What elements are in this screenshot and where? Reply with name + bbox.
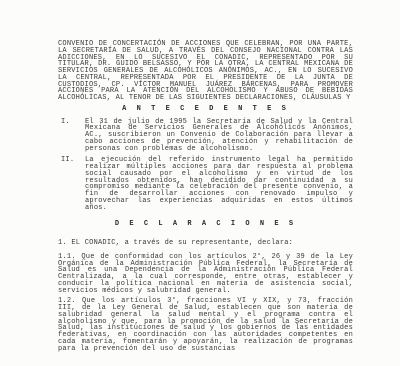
convenio-intro-paragraph: CONVENIO DE CONCERTACIÓN DE ACCIONES QUE… <box>58 41 353 102</box>
declaraciones-intro-line: 1. EL CONADIC, a través de su representa… <box>58 240 353 247</box>
declaracion-paragraph-1-2: 1.2. Que los artículos 3°, fracciones VI… <box>58 298 353 352</box>
antecedente-item-2-number: II. <box>61 157 74 164</box>
declaracion-paragraph-1-1: 1.1. Que de conformidad con los artículo… <box>58 254 353 295</box>
antecedentes-heading: A N T E C E D E N T E S <box>58 106 353 113</box>
antecedente-item-2-text: La ejecución del referido instrumento le… <box>85 156 353 211</box>
antecedente-item-2: II. La ejecución del referido instrument… <box>58 157 353 211</box>
document-text-column: CONVENIO DE CONCERTACIÓN DE ACCIONES QUE… <box>58 41 353 352</box>
scanned-document-page: CONVENIO DE CONCERTACIÓN DE ACCIONES QUE… <box>0 0 400 366</box>
antecedente-item-1-text: El 31 de julio de 1995 la Secretaría de … <box>85 118 353 153</box>
antecedentes-section: I. El 31 de julio de 1995 la Secretaría … <box>58 119 353 212</box>
antecedente-item-1-number: I. <box>61 119 70 126</box>
declaraciones-section: 1. EL CONADIC, a través de su representa… <box>58 240 353 352</box>
antecedente-item-1: I. El 31 de julio de 1995 la Secretaría … <box>58 119 353 153</box>
declaraciones-heading: D E C L A R A C I O N E S <box>58 221 353 228</box>
